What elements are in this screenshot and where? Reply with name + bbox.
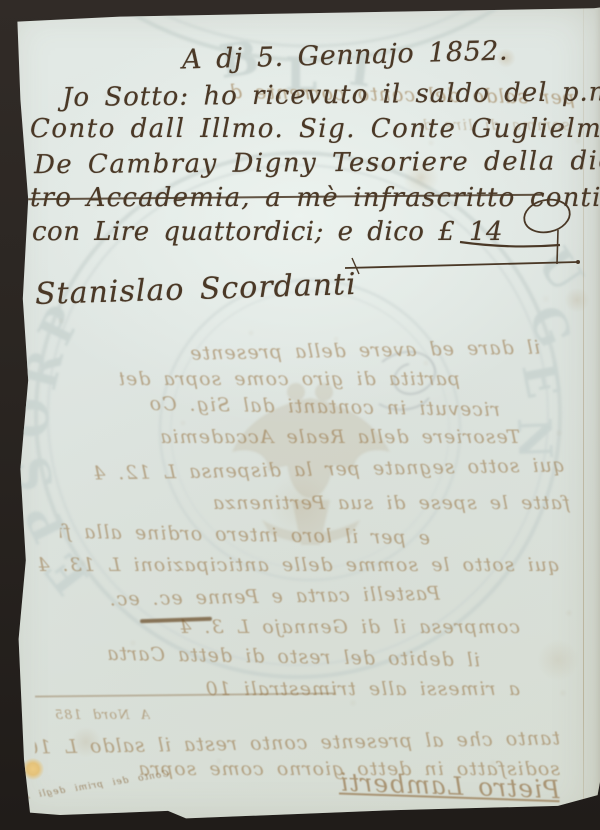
scanned-manuscript-page: B L I P R O S P E U G E N xyxy=(0,0,600,830)
fox-spots xyxy=(0,0,2,2)
body-line-1: Jo Sotto: ho ricevuto il saldo del p.nte xyxy=(62,77,600,113)
yellow-stain xyxy=(22,758,44,780)
body-line-2: Conto dall Illmo. Sig. Conte Guglielmo xyxy=(30,114,600,144)
body-line-3: De Cambray Digny Tesoriere della dicon xyxy=(34,146,600,180)
paper-sheet: B L I P R O S P E U G E N xyxy=(0,0,600,830)
